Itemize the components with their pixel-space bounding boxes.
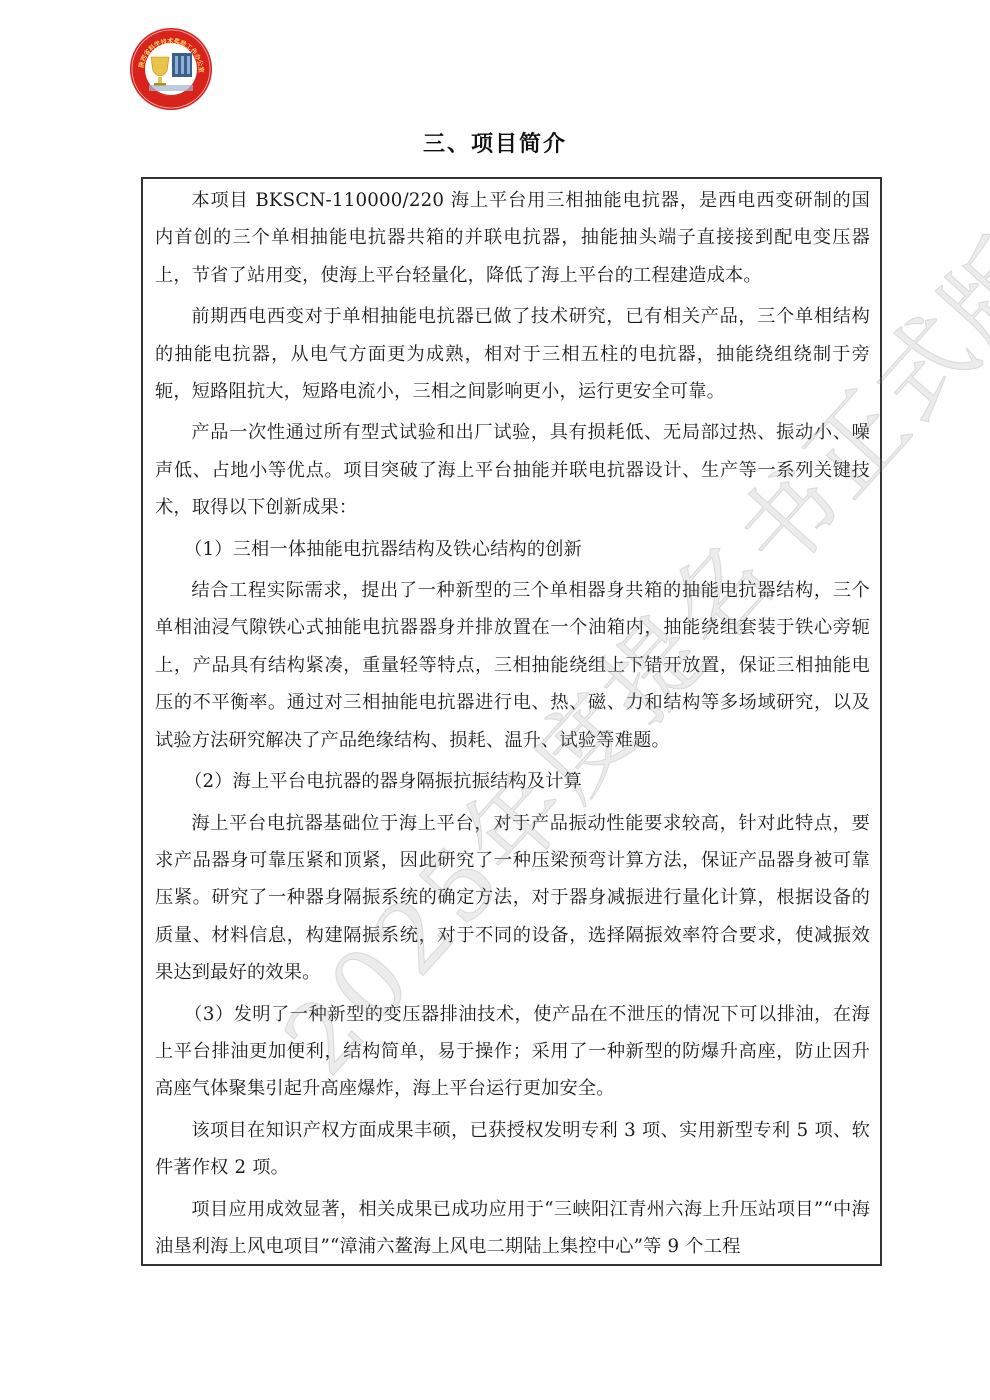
paragraph-background: 前期西电西变对于单相抽能电抗器已做了技术研究，已有相关产品，三个单相结构的抽能电… [155, 298, 870, 410]
paragraph-ip: 该项目在知识产权方面成果丰硕，已获授权发明专利 3 项、实用新型专利 5 项、软… [155, 1112, 870, 1187]
seal-logo: 陕西省科学技术奖励工作办公室 · · · · · · · · · · · · ·… [129, 27, 213, 111]
project-summary-text: 本项目 BKSCN-110000/220 海上平台用三相抽能电抗器，是西电西变研… [155, 182, 870, 1266]
paragraph-performance: 产品一次性通过所有型式试验和出厂试验，具有损耗低、无局部过热、振动小、噪声低、占… [155, 414, 870, 526]
paragraph-application: 项目应用成效显著，相关成果已成功应用于“三峡阳江青州六海上升压站项目”“中海油垦… [155, 1191, 870, 1266]
seal-emblem-icon: 陕西省科学技术奖励工作办公室 · · · · · · · · · · · · ·… [129, 27, 213, 111]
innovation-heading-1: （1）三相一体抽能电抗器结构及铁心结构的创新 [155, 531, 870, 568]
innovation-heading-2: （2）海上平台电抗器的器身隔振抗振结构及计算 [155, 763, 870, 800]
paragraph-innovation-1: 结合工程实际需求，提出了一种新型的三个单相器身共箱的抽能电抗器结构，三个单相油浸… [155, 572, 870, 759]
project-summary-box: 本项目 BKSCN-110000/220 海上平台用三相抽能电抗器，是西电西变研… [141, 177, 882, 1266]
page-title: 三、项目简介 [0, 130, 990, 160]
paragraph-intro: 本项目 BKSCN-110000/220 海上平台用三相抽能电抗器，是西电西变研… [155, 182, 870, 294]
paragraph-innovation-3: （3）发明了一种新型的变压器排油技术，使产品在不泄压的情况下可以排油，在海上平台… [155, 996, 870, 1108]
paragraph-innovation-2: 海上平台电抗器基础位于海上平台，对于产品振动性能要求较高，针对此特点，要求产品器… [155, 805, 870, 992]
